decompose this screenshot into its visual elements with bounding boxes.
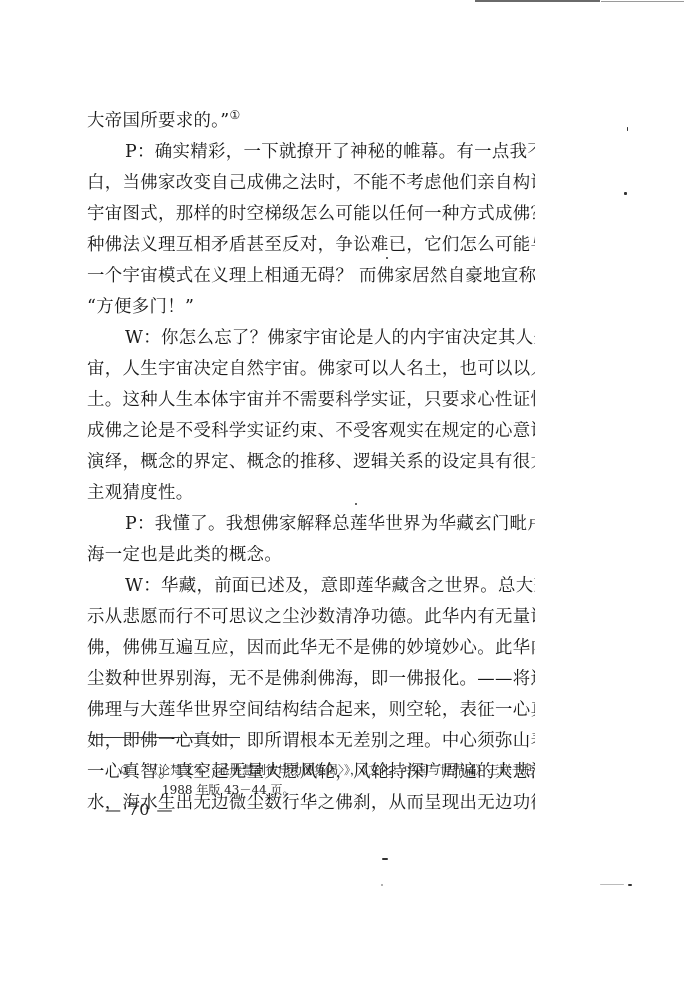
text-line: P：确实精彩，一下就撩开了神秘的帷幕。有一点我不明	[87, 137, 535, 168]
text-line: P：我懂了。我想佛家解释总莲华世界为华藏玄门毗卢性	[87, 509, 535, 540]
page-number: — 70 —	[105, 800, 174, 819]
text-line: 如，即佛一心真如，即所谓根本无差别之理。中心须弥山表征	[87, 726, 535, 757]
scan-speck	[382, 858, 388, 860]
footnote-text-cont: 1988 年版 43－44 页。	[120, 780, 540, 800]
scan-speck	[386, 257, 388, 259]
text-line: 海一定也是此类的概念。	[87, 540, 535, 571]
text-line: 种佛法义理互相矛盾甚至反对，争讼难已，它们怎么可能与同	[87, 230, 535, 261]
text-line: “方便多门！”	[87, 292, 535, 323]
scan-speck	[628, 884, 632, 886]
scan-edge-rule	[601, 1, 684, 2]
scan-speck	[600, 884, 624, 885]
text-line: 演绎，概念的界定、概念的推移、逻辑关系的设定具有很大的	[87, 447, 535, 478]
text-line: 宇宙图式，那样的时空梯级怎么可能以任何一种方式成佛？各	[87, 199, 535, 230]
scan-speck	[355, 503, 357, 505]
text-line: W：华藏，前面已述及，意即莲华藏含之世界。总大莲华表	[87, 571, 535, 602]
scan-edge-rule	[475, 0, 600, 2]
footnote-text: 《论梵文本〈圣胜慧到彼岸功德集偈〉》，《文化：中国与世界 4》三联书店	[146, 763, 535, 777]
text-line: 土。这种人生本体宇宙并不需要科学实证，只要求心性证悟。	[87, 385, 535, 416]
text-line: 一个宇宙模式在义理上相通无碍？ 而佛家居然自豪地宣称：	[87, 261, 535, 292]
footnote-ref[interactable]: ①	[229, 108, 240, 122]
text-line: 白，当佛家改变自己成佛之法时，不能不考虑他们亲自构设的	[87, 168, 535, 199]
footnote-divider	[90, 737, 240, 738]
scan-speck	[624, 192, 627, 195]
text-line: 宙，人生宇宙决定自然宇宙。佛家可以人名土，也可以以人设	[87, 354, 535, 385]
text-line: 佛，佛佛互遍互应，因而此华无不是佛的妙境妙心。此华内微	[87, 633, 535, 664]
text-line: 佛理与大莲华世界空间结构结合起来，则空轮，表征一心真	[87, 695, 535, 726]
footnote: ①《论梵文本〈圣胜慧到彼岸功德集偈〉》，《文化：中国与世界 4》三联书店 198…	[120, 760, 540, 800]
text-line: 成佛之论是不受科学实证约束、不受客观实在规定的心意识	[87, 416, 535, 447]
scan-speck	[627, 127, 628, 131]
text-line: 大帝国所要求的。”①	[87, 106, 535, 137]
footnote-mark: ①	[120, 760, 146, 780]
text-line: 示从悲愿而行不可思议之尘沙数清净功德。此华内有无量诸	[87, 602, 535, 633]
text-line: W：你怎么忘了？佛家宇宙论是人的内宇宙决定其人生宇	[87, 323, 535, 354]
text-line: 尘数种世界别海，无不是佛刹佛海，即一佛报化。——将这些	[87, 664, 535, 695]
scan-speck	[381, 884, 383, 886]
text-line: 主观猜度性。	[87, 478, 535, 509]
body-text: 大帝国所要求的。”① P：确实精彩，一下就撩开了神秘的帷幕。有一点我不明 白，当…	[87, 106, 535, 819]
